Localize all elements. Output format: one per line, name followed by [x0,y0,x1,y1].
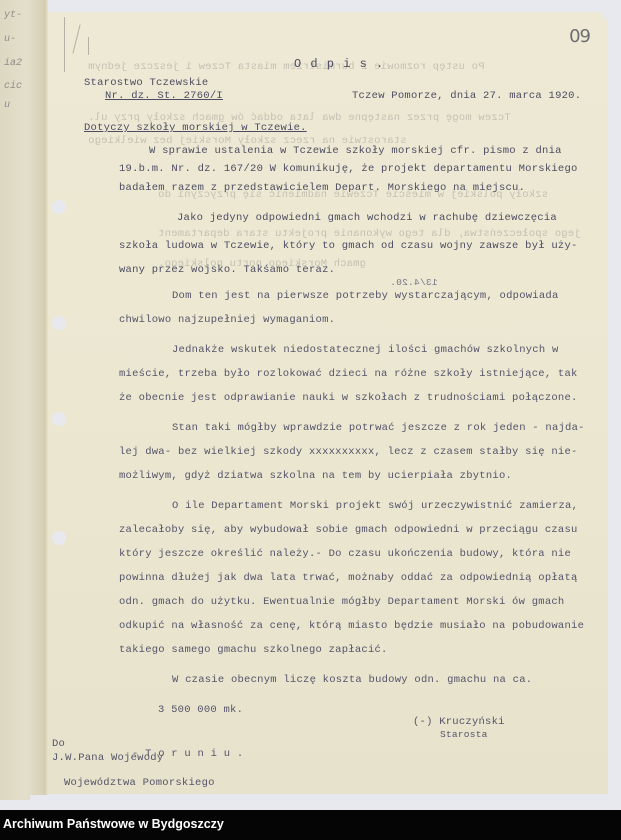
document-title: O d p i s . [294,57,384,71]
punch-hole [52,531,66,545]
pencil-mark [64,17,65,72]
pencil-mark [72,24,80,53]
page-number: 09 [569,26,590,47]
body-line: że obecnie jest odprawianie nauki w szko… [119,392,578,404]
underlying-page-fragment: u [4,100,10,111]
body-line: Dom ten jest na pierwsze potrzeby wystar… [172,290,559,302]
margin-note: 13/4.20. [390,277,438,288]
addressee-to: Do [52,738,65,750]
signature: (-) Kruczyński [413,716,505,728]
body-line: W czasie obecnym liczę koszta budowy odn… [172,674,532,686]
body-line: szkoła ludowa w Tczewie, który to gmach … [119,240,578,252]
archive-banner: Archiwum Państwowe w Bydgoszczy [0,810,621,840]
body-line: odn. gmach do użytku. Ewentualnie mógłby… [119,596,564,608]
reference-number: Nr. dz. St. 2760/I [105,90,223,102]
body-line: możliwym, gdyż dziatwa szkolna na tem by… [119,470,512,482]
underlying-page-fragment: cic [4,81,22,92]
body-line: chwilowo najzupełniej wymaganiom. [119,314,335,326]
pencil-mark [88,37,89,55]
body-line: zalecałoby się, aby wybudował sobie gmac… [119,524,578,536]
body-line: który jeszcze określić należy.- Do czasu… [119,548,571,560]
body-line: takiego samego gmachu szkolnego zapłacić… [119,644,388,656]
body-line: badałem razem z przedstawicielem Depart.… [119,182,525,194]
punch-hole [52,412,66,426]
document-page: 09 Po ustęp rozmowie z burmistrzem miast… [48,12,608,794]
punch-hole [52,316,66,330]
underlying-page-fragment: ia2 [4,58,22,69]
body-line: W sprawie ustalenia w Tczewie szkoły mor… [149,145,562,157]
scan-margin [30,795,621,810]
body-line: powinna dłużej jak dwa lata trwać, można… [119,572,578,584]
bleed-through-text: jego społeczeństwa, dla tego wykonanie p… [158,228,581,240]
body-line: 19.b.m. Nr. dz. 167/20 W komunikuję, że … [119,163,578,175]
body-line: wany przez wojsko. Takśamo teraz. [119,264,335,276]
body-line: Stan taki mógłby wprawdzie potrwać jeszc… [172,422,585,434]
subject-line: Dotyczy szkoły morskiej w Tczewie. [84,122,307,134]
body-line: O ile Departament Morski projekt swój ur… [172,500,578,512]
underlying-page-edge: yt- u- ia2 cic u [0,0,45,800]
body-line: Jako jedyny odpowiedni gmach wchodzi w r… [177,212,557,224]
place-date: Tczew Pomorze, dnia 27. marca 1920. [352,90,581,102]
body-line: lej dwa- bez wielkiej szkody xxxxxxxxxx,… [119,446,578,458]
cost-amount: 3 500 000 mk. [158,704,243,716]
signature-title: Starosta [440,729,488,740]
punch-hole [52,200,66,214]
archive-label: Archiwum Państwowe w Bydgoszczy [3,817,224,831]
binding-spine [44,0,48,800]
body-line: Jednakże wskutek niedostatecznej ilości … [172,344,559,356]
addressee-office: Województwa Pomorskiego [64,777,215,789]
sender: Starostwo Tczewskie [84,77,208,89]
addressee-city: - T o r u n i u . [132,748,243,760]
underlying-page-fragment: u- [4,34,16,45]
underlying-page-fragment: yt- [4,10,22,21]
body-line: mieście, trzeba było rozlokować dzieci n… [119,368,578,380]
bleed-through-text: Po ustęp rozmowie z burmistrzem miasta T… [88,61,485,73]
body-line: odkupić na własność za cenę, którą miast… [119,620,584,632]
